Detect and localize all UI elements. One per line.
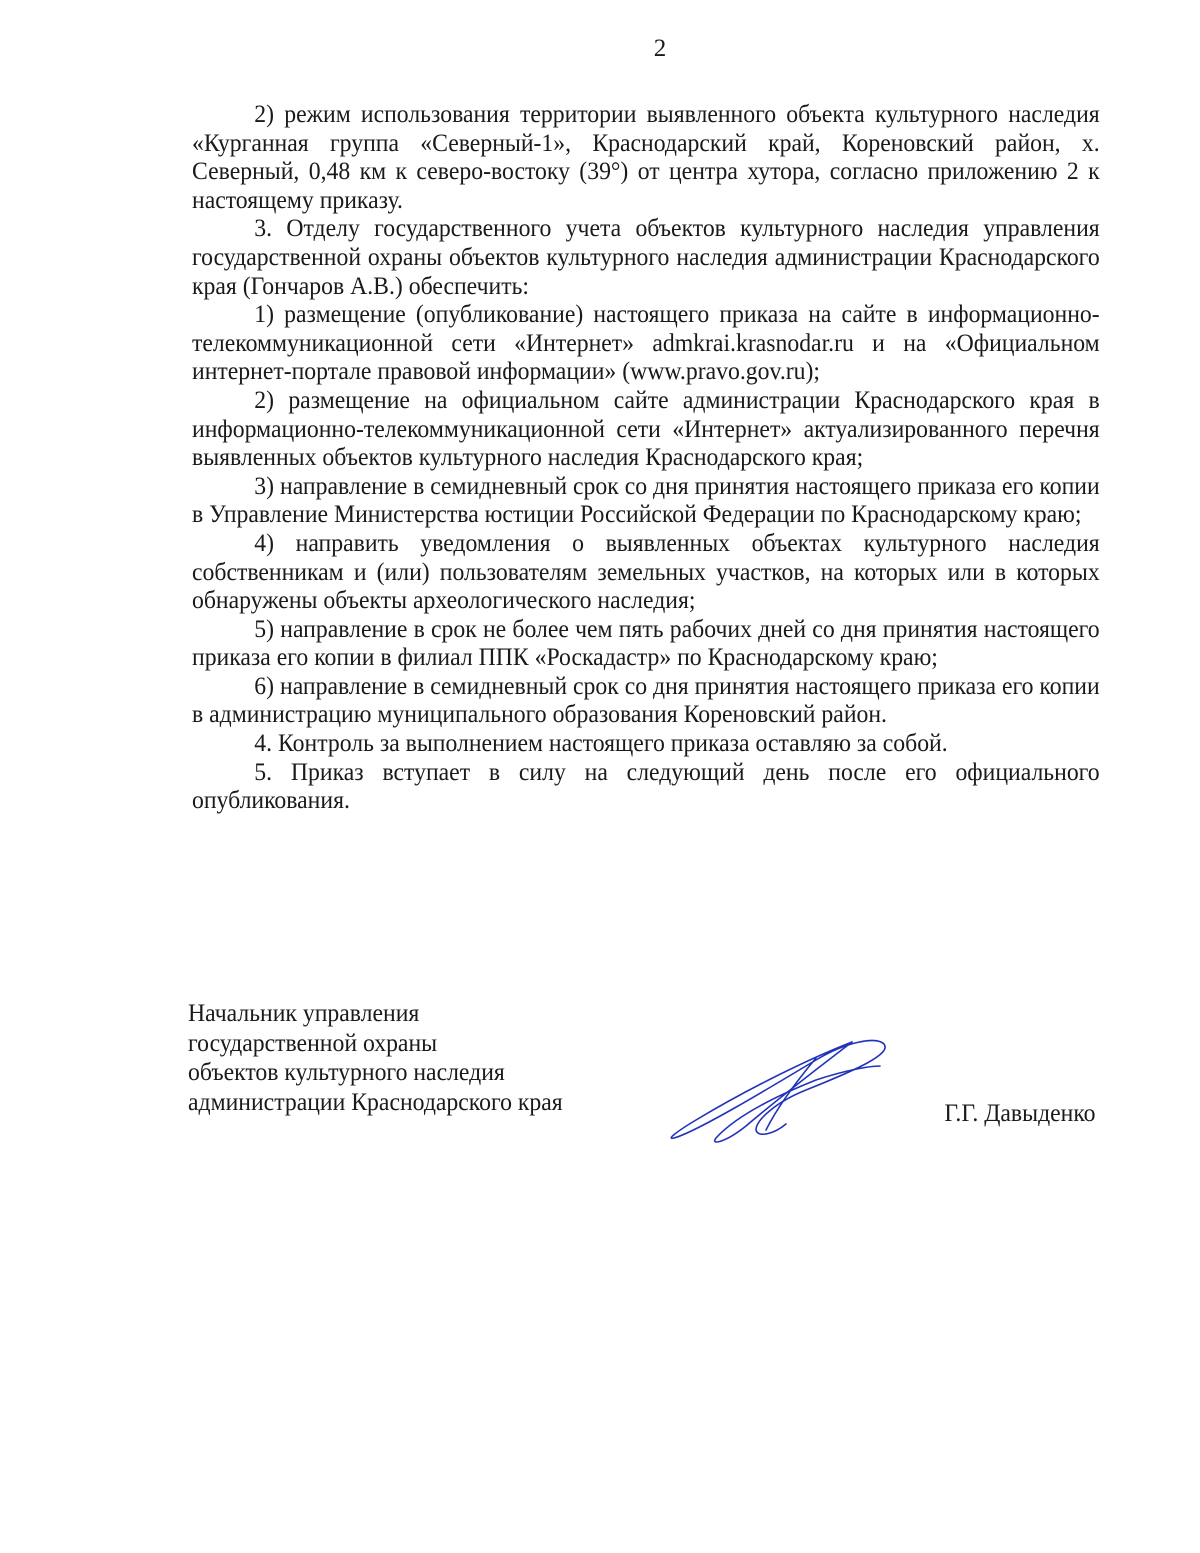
- paragraph-sub-1-publication: 1) размещение (опубликование) настоящего…: [192, 300, 1100, 386]
- signatory-title-line: администрации Краснодарского края: [188, 1087, 563, 1117]
- handwritten-signature-icon: [656, 1030, 896, 1150]
- paragraph-sub-3-ministry-justice: 3) направление в семидневный срок со дня…: [192, 472, 1100, 529]
- signatory-title: Начальник управления государственной охр…: [188, 998, 563, 1116]
- paragraph-sub-6-municipality: 6) направление в семидневный срок со дня…: [192, 672, 1100, 729]
- paragraph-sub-4-notifications: 4) направить уведомления о выявленных об…: [192, 529, 1100, 615]
- signatory-title-line: Начальник управления: [188, 998, 563, 1028]
- signature-block: Начальник управления государственной охр…: [188, 998, 1108, 1158]
- paragraph-section-5-effective: 5. Приказ вступает в силу на следующий д…: [192, 758, 1100, 815]
- document-body: 2) режим использования территории выявле…: [192, 100, 1100, 815]
- paragraph-sub-2-website: 2) размещение на официальном сайте админ…: [192, 386, 1100, 472]
- paragraph-section-4-control: 4. Контроль за выполнением настоящего пр…: [192, 729, 1100, 758]
- signatory-title-line: государственной охраны: [188, 1028, 563, 1058]
- paragraph-section-3: 3. Отделу государственного учета объекто…: [192, 214, 1100, 300]
- paragraph-sub-5-roskadastr: 5) направление в срок не более чем пять …: [192, 615, 1100, 672]
- signatory-title-line: объектов культурного наследия: [188, 1057, 563, 1087]
- page-number: 2: [0, 34, 1200, 64]
- paragraph-item-2-regime: 2) режим использования территории выявле…: [192, 100, 1100, 214]
- document-page: 2 2) режим использования территории выяв…: [0, 0, 1200, 1553]
- signatory-name: Г.Г. Давыденко: [945, 1098, 1096, 1128]
